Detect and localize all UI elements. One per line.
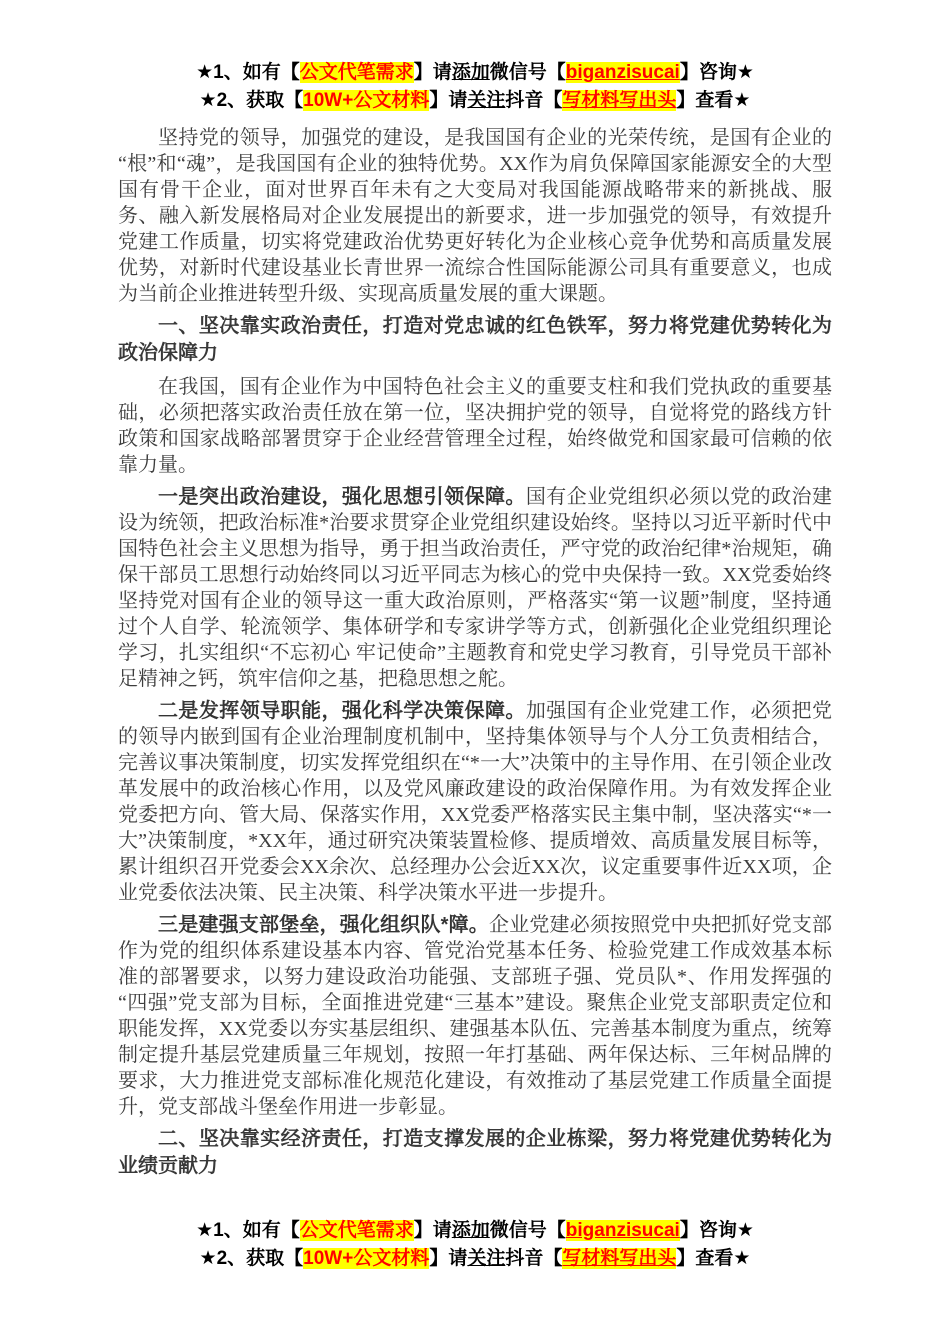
promo-text: ★1、如有【 (196, 62, 300, 83)
paragraph-text: 加强国有企业党建工作，必须把党的领导内嵌到国有企业治理制度机制中，坚持集体领导与… (118, 700, 832, 904)
promo-line-1: ★1、如有【公文代笔需求】请添加微信号【biganzisucai】咨询★ (118, 59, 832, 87)
promo-text: 】请 (429, 90, 467, 111)
bold-lead-point-1: 一是突出政治建设，强化思想引领保障。 (158, 486, 526, 508)
paragraph-point-1: 一是突出政治建设，强化思想引领保障。国有企业党组织必须以党的政治建设为统领，把政… (118, 484, 832, 692)
intro-paragraph: 坚持党的领导，加强党的建设，是我国国有企业的光荣传统，是国有企业的“根”和“魂”… (118, 125, 832, 307)
promo-text: 微信号【 (490, 62, 566, 83)
promo-text: 】咨询★ (680, 62, 754, 83)
paragraph-point-2: 二是发挥领导职能，强化科学决策保障。加强国有企业党建工作，必须把党的领导内嵌到国… (118, 698, 832, 906)
bold-lead-point-2: 二是发挥领导职能，强化科学决策保障。 (158, 700, 526, 722)
section-heading-1: 一、坚决靠实政治责任，打造对党忠诚的红色铁军，努力将党建优势转化为政治保障力 (118, 313, 832, 367)
promo-text: 】查看★ (676, 1248, 750, 1269)
paragraph-political-responsibility: 在我国，国有企业作为中国特色社会主义的重要支柱和我们党执政的重要基础，必须把落实… (118, 374, 832, 478)
promo-text: 】请 (414, 62, 452, 83)
promo-text: ★2、获取【 (200, 1248, 304, 1269)
highlight-wechat-id: biganzisucai (566, 1220, 680, 1241)
promo-text: 】请 (414, 1220, 452, 1241)
highlight-material-pack: 10W+公文材料 (303, 90, 429, 111)
promo-line-2: ★2、获取【10W+公文材料】请关注抖音【写材料写出头】查看★ (118, 1245, 832, 1273)
promo-line-1: ★1、如有【公文代笔需求】请添加微信号【biganzisucai】咨询★ (118, 1217, 832, 1245)
section-heading-2: 二、坚决靠实经济责任，打造支撑发展的企业栋梁，努力将党建优势转化为业绩贡献力 (118, 1126, 832, 1180)
bold-lead-point-3: 三是建强支部堡垒，强化组织队*障。 (158, 914, 489, 936)
underlined-add-text: 添加 (452, 1220, 490, 1241)
underlined-add-text: 添加 (452, 62, 490, 83)
highlight-writing-service: 公文代笔需求 (300, 1220, 414, 1241)
promo-text: ★2、获取【 (200, 90, 304, 111)
promo-header: ★1、如有【公文代笔需求】请添加微信号【biganzisucai】咨询★ ★2、… (118, 59, 832, 115)
promo-text: 】查看★ (676, 90, 750, 111)
promo-text: 】请 (429, 1248, 467, 1269)
highlight-douyin-account: 写材料写出头 (562, 1248, 676, 1269)
promo-text: 抖音【 (505, 1248, 562, 1269)
promo-line-2: ★2、获取【10W+公文材料】请关注抖音【写材料写出头】查看★ (118, 87, 832, 115)
paragraph-text: 国有企业党组织必须以党的政治建设为统领，把政治标准*治要求贯穿企业党组织建设始终… (118, 486, 832, 690)
paragraph-point-3: 三是建强支部堡垒，强化组织队*障。企业党建必须按照党中央把抓好党支部作为党的组织… (118, 912, 832, 1120)
document-page: ★1、如有【公文代笔需求】请添加微信号【biganzisucai】咨询★ ★2、… (0, 0, 950, 1344)
underlined-follow-text: 关注 (467, 1248, 505, 1269)
highlight-douyin-account: 写材料写出头 (562, 90, 676, 111)
highlight-writing-service: 公文代笔需求 (300, 62, 414, 83)
promo-footer: ★1、如有【公文代笔需求】请添加微信号【biganzisucai】咨询★ ★2、… (118, 1217, 832, 1273)
promo-text: ★1、如有【 (196, 1220, 300, 1241)
paragraph-text: 企业党建必须按照党中央把抓好党支部作为党的组织体系建设基本内容、管党治党基本任务… (118, 914, 832, 1118)
promo-text: 微信号【 (490, 1220, 566, 1241)
highlight-wechat-id: biganzisucai (566, 62, 680, 83)
promo-text: 抖音【 (505, 90, 562, 111)
underlined-follow-text: 关注 (467, 90, 505, 111)
promo-text: 】咨询★ (680, 1220, 754, 1241)
highlight-material-pack: 10W+公文材料 (303, 1248, 429, 1269)
